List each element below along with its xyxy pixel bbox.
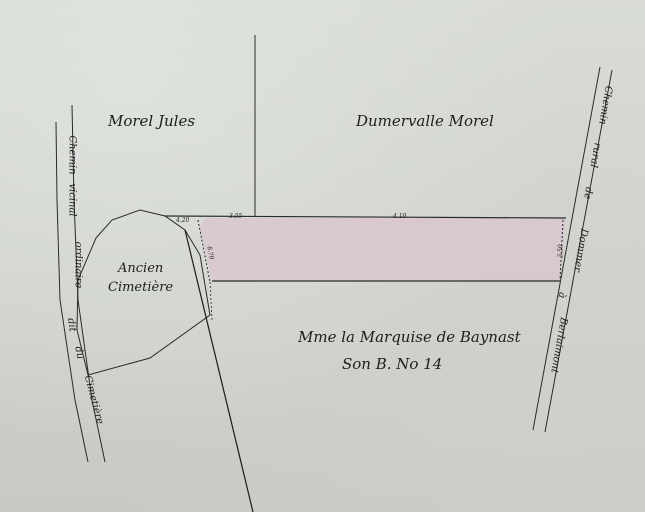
cemetery-label-line1: Ancien xyxy=(118,262,163,275)
dimension-mark: 8.70 xyxy=(206,246,214,260)
cemetery-label-line2: Cimetière xyxy=(108,281,173,294)
cadastral-map: Morel Jules Dumervalle Morel Ancien Cime… xyxy=(0,0,645,512)
west-road-label-3: ordinaire xyxy=(72,242,82,289)
dimension-mark: 4.10 xyxy=(393,214,406,220)
east-road-label-3: de xyxy=(581,186,593,200)
owner-label-morel-jules: Morel Jules xyxy=(108,114,195,129)
dimension-mark: 4.20 xyxy=(176,218,189,224)
west-road-label-1: Chemin xyxy=(67,135,77,174)
parcel-top-boundary xyxy=(165,216,566,218)
owner-label-dumervalle-morel: Dumervalle Morel xyxy=(356,114,494,129)
map-linework xyxy=(0,0,645,512)
west-road-label-5: du xyxy=(72,346,84,361)
dimension-mark: 3.50 xyxy=(559,244,565,257)
west-road-label-2: vicinal xyxy=(67,183,77,216)
owner-label-marquise-de-baynast: Mme la Marquise de Baynast xyxy=(298,330,521,345)
dimension-mark: 3.55 xyxy=(229,214,242,220)
highlighted-parcel xyxy=(200,218,566,281)
west-road-label-4: dit xyxy=(65,318,77,333)
section-number-label: Son B. No 14 xyxy=(342,357,442,372)
